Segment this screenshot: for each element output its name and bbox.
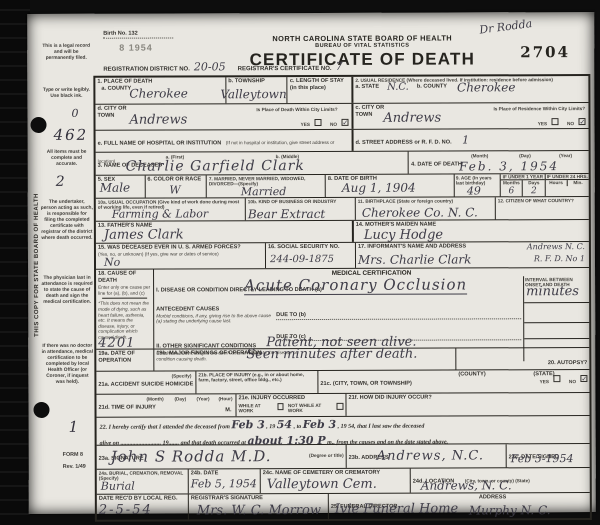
margin-note-no-doctor: If there was no doctor in attendance, me… (41, 344, 93, 386)
no-label: NO (330, 122, 337, 127)
certificate-paper: THIS COPY FOR STATE BOARD OF HEALTH This… (27, 12, 596, 514)
margin-handwritten-462: 462 (54, 126, 89, 144)
registration-district-value: 20-05 (194, 60, 226, 73)
dod-month-label: (Month) (471, 153, 488, 158)
city-value: Andrews (129, 112, 187, 127)
registrar-certificate-label: REGISTRAR'S CERTIFICATE NO. (238, 66, 332, 74)
race-value: W (169, 183, 180, 196)
not-while-at-work-checkbox (337, 403, 344, 410)
funeral-address-value: Murphy N. C. (469, 503, 551, 517)
residence-city-value: Andrews (383, 111, 441, 126)
margin-note-legibly: Type or write legibly. Use black ink. (40, 88, 92, 100)
death-limits-yes-checkbox (314, 119, 321, 126)
form-row: 5. SEX Male 6. COLOR OR RACE W 7. MARRIE… (96, 174, 589, 199)
margin-handwritten-2: 2 (56, 174, 65, 190)
street-label: d. STREET ADDRESS or R. F. D. NO. (355, 140, 451, 146)
certify-from-year: 54 (277, 418, 292, 431)
cemetery-value: Valleytown Cem. (267, 477, 377, 492)
place-of-injury-label: 21b. PLACE OF INJURY (e.g., in or about … (198, 372, 315, 383)
checkmark: ✓ (342, 119, 348, 127)
ssn-value: 244-09-1875 (270, 254, 334, 265)
operation-date-label: 19a. DATE OF OPERATION (98, 351, 151, 365)
burial-location-value: Andrews, N. C. (421, 478, 512, 492)
injury-occurred-label: 21e. INJURY OCCURRED (238, 395, 343, 402)
time-of-injury-label: 21d. TIME OF INJURY (98, 405, 155, 411)
form-row: 15. WAS DECEASED EVER IN U. S. ARMED FOR… (96, 242, 589, 270)
injury-day-label: (Day) (174, 396, 186, 401)
form-row: 24a. BURIAL, CREMATION, REMOVAL (Specify… (97, 468, 590, 495)
while-at-work-checkbox (277, 403, 284, 410)
birth-no-label: Birth No. 132 (103, 30, 173, 38)
citizen-label: 12. CITIZEN OF WHAT COUNTRY? (498, 198, 587, 204)
form-row: 13. FATHER'S NAME James Clark 14. MOTHER… (96, 220, 589, 244)
dod-day-label: (Day) (519, 153, 531, 158)
form-row: d. CITY OR TOWN Andrews Is Place of Deat… (95, 103, 588, 131)
burial-date-value: Feb 5, 1954 (191, 477, 257, 490)
accident-specify-label: (Specify) (172, 373, 192, 378)
cemetery-label: 24c. NAME OF CEMETERY OR CREMATORY (263, 470, 408, 477)
certify-from-value: Feb 3 (231, 418, 264, 431)
margin-note-physician: The physician last in attendance is requ… (41, 276, 93, 306)
injury-month-label: (Month) (146, 397, 163, 402)
residence-city-limits-label: Is Place of Residence Within City Limits… (493, 106, 585, 112)
informant-value: Mrs. Charlie Clark (358, 252, 471, 266)
checkmark: ✓ (579, 118, 585, 126)
burial-date-label: 24b. DATE (191, 470, 258, 477)
armed-forces-note: (Yes, no, or unknown) (If yes, give war … (98, 251, 263, 257)
certify-line1-a: 22. I hereby certify that I attended the… (100, 424, 230, 430)
certificate-form: 1. PLACE OF DEATH a. COUNTY Cherokee b. … (93, 74, 592, 522)
form-row: 19a. DATE OF OPERATION 19b. MAJOR FINDIN… (96, 348, 589, 372)
yes-label: YES (538, 122, 547, 127)
hours-label: Hours (546, 181, 566, 186)
funeral-address-label: ADDRESS (479, 494, 506, 501)
date-of-death-label: 4. DATE OF DEATH (411, 161, 462, 167)
no-label: NO (567, 121, 574, 126)
yes-label: YES (301, 122, 310, 127)
residence-limits-yes-checkbox (552, 118, 559, 125)
date-stamp: 8 1954 (119, 43, 153, 53)
ssn-label: 16. SOCIAL SECURITY NO. (268, 244, 353, 251)
due-to-b-label: DUE TO (b) (276, 311, 521, 320)
margin-handwritten-1: 1 (69, 418, 79, 436)
signature-value: John S Rodda M.D. (111, 447, 272, 466)
township-label: b. TOWNSHIP (228, 78, 285, 85)
funeral-director-value: Ivie Funeral Home (335, 501, 458, 516)
disease-value: Acute Coronary Occlusion (244, 275, 467, 295)
race-label: 6. COLOR OR RACE (147, 176, 204, 183)
marital-value: Married (241, 185, 286, 198)
scanned-document: THIS COPY FOR STATE BOARD OF HEALTH This… (0, 0, 600, 525)
father-name-value: James Clark (104, 227, 184, 242)
township-value: Valleytown (220, 87, 286, 101)
injury-year-label: (Year) (196, 396, 209, 401)
injury-hour-label: (Hour) (218, 396, 232, 401)
sex-value: Male (100, 181, 130, 195)
cause-footnote: *This does not mean the mode of dying, s… (98, 301, 151, 341)
injury-m-label: M. (225, 408, 231, 415)
dod-year-label: (Year) (559, 153, 572, 158)
residence-limits-no-checkbox: ✓ (578, 118, 585, 125)
form-row: DATE REC'D BY LOCAL REG. 2-5-54 REGISTRA… (97, 493, 590, 520)
punch-hole-top (30, 117, 46, 133)
film-edge (0, 0, 30, 525)
birthplace-value: Cherokee Co. N. C. (362, 205, 478, 219)
residence-state-value: N.C. (387, 82, 409, 95)
birthplace-label: 11. BIRTHPLACE (State or foreign country… (358, 198, 493, 204)
form-row: 1. PLACE OF DEATH a. COUNTY Cherokee b. … (95, 76, 588, 105)
date-received-label: DATE REC'D BY LOCAL REG. (99, 495, 186, 502)
antecedent-note: Morbid conditions, if any, giving rise t… (156, 313, 276, 325)
registrar-signature-label: REGISTRAR'S SIGNATURE (191, 495, 326, 502)
length-of-stay-label: c. LENGTH OF STAY (in this place) (290, 78, 350, 92)
certify-line1-d: , 19 54, that I last saw the deceased (338, 424, 425, 430)
minutes-label: Min. (567, 180, 588, 185)
autopsy-label: 20. AUTOPSY? (548, 360, 588, 366)
form-row: e. FULL NAME OF HOSPITAL OR INSTITUTION … (96, 129, 589, 153)
injury-county-label: (COUNTY) (458, 371, 485, 378)
residence-county-label: b. COUNTY (417, 84, 447, 95)
margin-note-legal: This is a legal record and will be perma… (40, 44, 92, 62)
how-injury-label: 21f. HOW DID INJURY OCCUR? (348, 394, 587, 402)
burial-type-value: Burial (101, 480, 135, 493)
certificate-number: 2704 (520, 43, 570, 61)
accident-label: 21a. ACCIDENT SUICIDE HOMICIDE (98, 381, 193, 387)
informant-address-line2: R. F. D. No 1 (534, 254, 585, 263)
date-of-death-value: Feb. 3, 1954 (459, 159, 559, 173)
registrar-certificate-value: 7 (336, 60, 343, 73)
mother-name-value: Lucy Hodge (364, 228, 443, 243)
residence-city-label: c. CITY OR TOWN (355, 105, 385, 119)
armed-forces-value: No (104, 256, 120, 269)
deceased-name-value: Charlie Garfield Clark (126, 158, 305, 175)
form-row: 23a. SIGNATURE John S Rodda M.D. (Degree… (97, 444, 590, 470)
city-label: d. CITY OR TOWN (97, 106, 127, 120)
date-signed-value: Feb 5-1954 (511, 452, 574, 465)
registration-district-label: REGISTRATION DISTRICT NO. (103, 66, 190, 73)
form-row: 21a. ACCIDENT SUICIDE HOMICIDE (Specify)… (96, 370, 589, 395)
while-at-work-label: WHILE AT WORK (238, 403, 273, 414)
interval-value: minutes (526, 284, 579, 299)
age-value: 49 (467, 184, 481, 197)
address-value: Andrews, N.C. (377, 448, 484, 463)
form-row: 18. CAUSE OF DEATH Enter only one cause … (96, 268, 589, 350)
form-row: 3. NAME OF DECEASED a. (First) b. (Middl… (96, 151, 589, 176)
cause-of-death-label: 18. CAUSE OF DEATH (98, 271, 151, 285)
operation-findings-label: 19b. MAJOR FINDINGS OF OPERATION (156, 350, 453, 358)
industry-value: Bear Extract (248, 207, 325, 221)
days-value: 2 (523, 186, 545, 196)
degree-title-label: (Degree or title) (309, 453, 344, 459)
cause-code-value: 4201 (98, 336, 135, 351)
armed-forces-label: 15. WAS DECEASED EVER IN U. S. ARMED FOR… (98, 244, 263, 251)
form-row: 21d. TIME OF INJURY (Month) (Day) (Year)… (96, 393, 589, 418)
certify-line1-c: , to (294, 424, 302, 430)
street-value: 1 (462, 133, 469, 146)
industry-label: 10b. KIND OF BUSINESS OR INDUSTRY (248, 199, 353, 205)
hospital-label: e. FULL NAME OF HOSPITAL OR INSTITUTION (98, 140, 222, 146)
death-city-limits-label: Is Place of Death Within City Limits? (256, 107, 348, 113)
margin-vertical-text: THIS COPY FOR STATE BOARD OF HEALTH (34, 170, 41, 360)
form-row: 22. I hereby certify that I attended the… (97, 416, 590, 446)
bureau-name: BUREAU OF VITAL STATISTICS (207, 42, 517, 49)
dob-value: Aug 1, 1904 (342, 181, 416, 195)
margin-note-undertaker: The undertaker, person acting as such, i… (41, 200, 93, 242)
date-received-value: 2-5-54 (99, 503, 153, 518)
margin-note-complete: All items must be complete and accurate. (41, 150, 93, 168)
death-limits-no-checkbox: ✓ (341, 119, 348, 126)
injury-state-label: (STATE) (533, 371, 554, 378)
months-value: 6 (501, 186, 522, 196)
informant-address-line1: Andrews N. C. (527, 242, 585, 251)
occupation-value: Farming & Labor (112, 207, 208, 220)
county-value: Cherokee (129, 86, 188, 100)
margin-handwritten-0: 0 (71, 107, 78, 120)
certify-to-value: Feb 3 (303, 418, 336, 431)
residence-state-label: a. STATE (355, 84, 379, 95)
form-row: 10a. USUAL OCCUPATION (Give kind of work… (96, 197, 589, 222)
certify-line1-b: , 19 (266, 424, 275, 430)
injury-city-label: 21c. (CITY, TOWN, OR TOWNSHIP) (320, 381, 412, 387)
punch-hole-bottom (33, 402, 49, 418)
cause-note: Enter only one cause per line for (a), (… (98, 285, 151, 296)
registrar-signature-value: Mrs. W. C. Morrow (197, 503, 321, 518)
not-while-at-work-label: NOT WHILE AT WORK (288, 403, 333, 414)
residence-county-value: Cherokee (457, 81, 516, 95)
